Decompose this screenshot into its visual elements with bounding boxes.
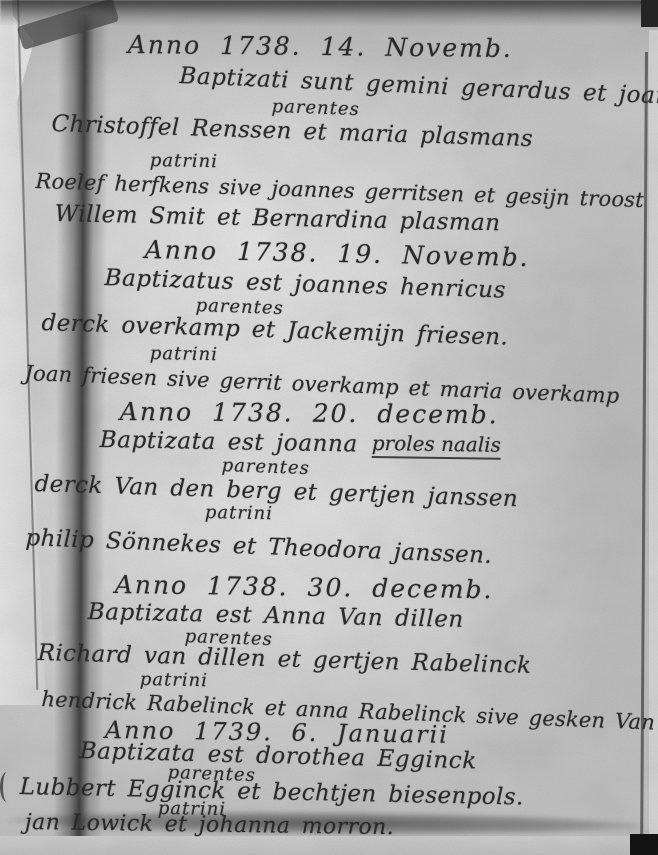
top-right-corner-tear — [641, 0, 658, 27]
left-underpage-wedge — [0, 0, 46, 705]
line-date-entry3: Anno 1738. 20. decemb. — [120, 397, 499, 429]
line-baptized-entry4: Baptizata est Anna Van dillen — [87, 599, 464, 633]
line-note-proles-naalis: proles naalis — [372, 431, 501, 460]
line-date-entry4: Anno 1738. 30. decemb. — [115, 570, 494, 604]
register-page-scan: Anno 1738. 14. Novemb. Baptizati sunt ge… — [0, 0, 658, 855]
line-baptized-entry3: Baptizata est joanna — [100, 427, 358, 457]
top-edge-shadow — [0, 0, 658, 26]
line-godparents2-entry1: Willem Smit et Bernardina plasman — [54, 201, 500, 236]
line-date-entry1: Anno 1738. 14. Novemb. — [128, 30, 513, 63]
page-curl-mark — [0, 772, 17, 802]
line-patrini-entry1: patrini — [150, 150, 219, 172]
line-parents-entry4: Richard van dillen et gertjen Rabelinck — [37, 640, 531, 679]
line-patrini-entry4: patrini — [140, 669, 209, 691]
line-baptized-entry2: Baptizatus est joannes henricus — [104, 265, 506, 304]
line-godparents-entry5: jan Lowick et johanna morron. — [25, 810, 395, 840]
right-page-edge-line — [640, 52, 648, 855]
line-parentes-entry3: parentes — [221, 455, 310, 479]
line-date-entry2: Anno 1738. 19. Novemb. — [144, 235, 530, 272]
line-patrini-entry3: patrini — [205, 502, 274, 524]
line-parentes-entry1: parentes — [271, 96, 360, 120]
line-baptized-entry1: Baptizati sunt gemini gerardus et joanne… — [179, 63, 658, 112]
bottom-right-corner-mark — [630, 834, 658, 855]
line-patrini-entry2: patrini — [150, 343, 219, 365]
